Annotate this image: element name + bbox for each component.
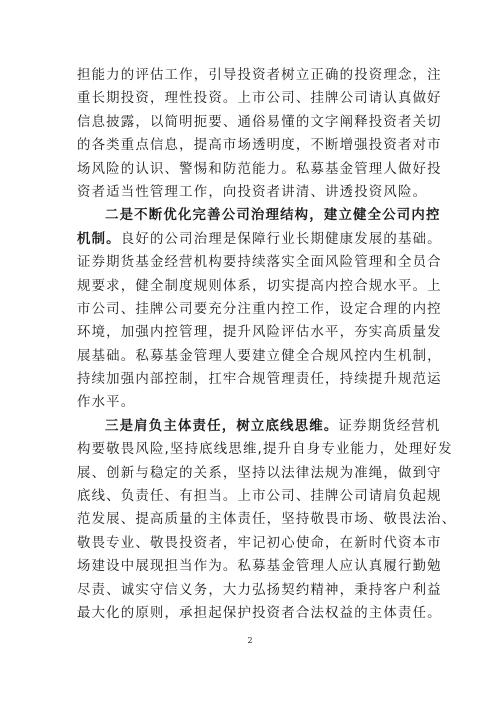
text-line: 展基础。私募基金管理人要建立健全合规风控内生机制，	[77, 345, 427, 368]
text-line: 作水平。	[77, 391, 427, 414]
section-heading-2: 二是不断优化完善公司治理结构，建立健全公司内控	[105, 208, 441, 223]
text-line: 规要求，健全制度规则体系，切实提高内控合规水平。上	[77, 275, 427, 298]
section-heading-2-cont: 机制。	[77, 232, 121, 247]
section-heading-3: 三是肩负主体责任，树立底线思维。	[105, 419, 338, 434]
text-line: 证券期货基金经营机构要持续落实全面风险管理和全员合	[77, 251, 427, 274]
text-run: 良好的公司治理是保障行业长期健康发展的基础。	[121, 232, 442, 247]
text-line: 敬畏专业、敬畏投资者，牢记初心使命，在新时代资本市	[77, 532, 427, 555]
text-line: 担能力的评估工作，引导投资者树立正确的投资理念，注	[77, 64, 427, 87]
text-line: 底线、负责任、有担当。上市公司、挂牌公司请肩负起规	[77, 485, 427, 508]
text-line: 场风险的认识、警惕和防范能力。私募基金管理人做好投	[77, 158, 427, 181]
page-number: 2	[0, 636, 500, 645]
text-line: 信息披露，以简明扼要、通俗易懂的文字阐释投资者关切	[77, 111, 427, 134]
text-line: 构要敬畏风险,坚持底线思维,提升自身专业能力，处理好发	[77, 438, 427, 461]
section-heading-line: 机制。良好的公司治理是保障行业长期健康发展的基础。	[77, 228, 427, 251]
text-line: 展、创新与稳定的关系，坚持以法律法规为准绳，做到守	[77, 462, 427, 485]
text-line: 环境，加强内控管理，提升风险评估水平，夯实高质量发	[77, 321, 427, 344]
text-line: 的各类重点信息，提高市场透明度，不断增强投资者对市	[77, 134, 427, 157]
text-line: 重长期投资，理性投资。上市公司、挂牌公司请认真做好	[77, 87, 427, 110]
text-line: 尽责、诚实守信义务，大力弘扬契约精神，秉持客户利益	[77, 579, 427, 602]
text-line: 持续加强内部控制，扛牢合规管理责任，持续提升规范运	[77, 368, 427, 391]
text-line: 资者适当性管理工作，向投资者讲清、讲透投资风险。	[77, 181, 427, 204]
text-run: 证券期货经营机	[338, 419, 440, 434]
text-line: 场建设中展现担当作为。私募基金管理人应认真履行勤勉	[77, 555, 427, 578]
text-line: 市公司、挂牌公司要充分注重内控工作，设定合理的内控	[77, 298, 427, 321]
body-text: 担能力的评估工作，引导投资者树立正确的投资理念，注 重长期投资，理性投资。上市公…	[77, 64, 427, 625]
text-line: 范发展、提高质量的主体责任，坚持敬畏市场、敬畏法治、	[77, 508, 427, 531]
section-heading-line: 二是不断优化完善公司治理结构，建立健全公司内控	[77, 204, 427, 227]
section-heading-line: 三是肩负主体责任，树立底线思维。证券期货经营机	[77, 415, 427, 438]
text-line: 最大化的原则，承担起保护投资者合法权益的主体责任。	[77, 602, 427, 625]
document-page: 担能力的评估工作，引导投资者树立正确的投资理念，注 重长期投资，理性投资。上市公…	[0, 0, 500, 707]
